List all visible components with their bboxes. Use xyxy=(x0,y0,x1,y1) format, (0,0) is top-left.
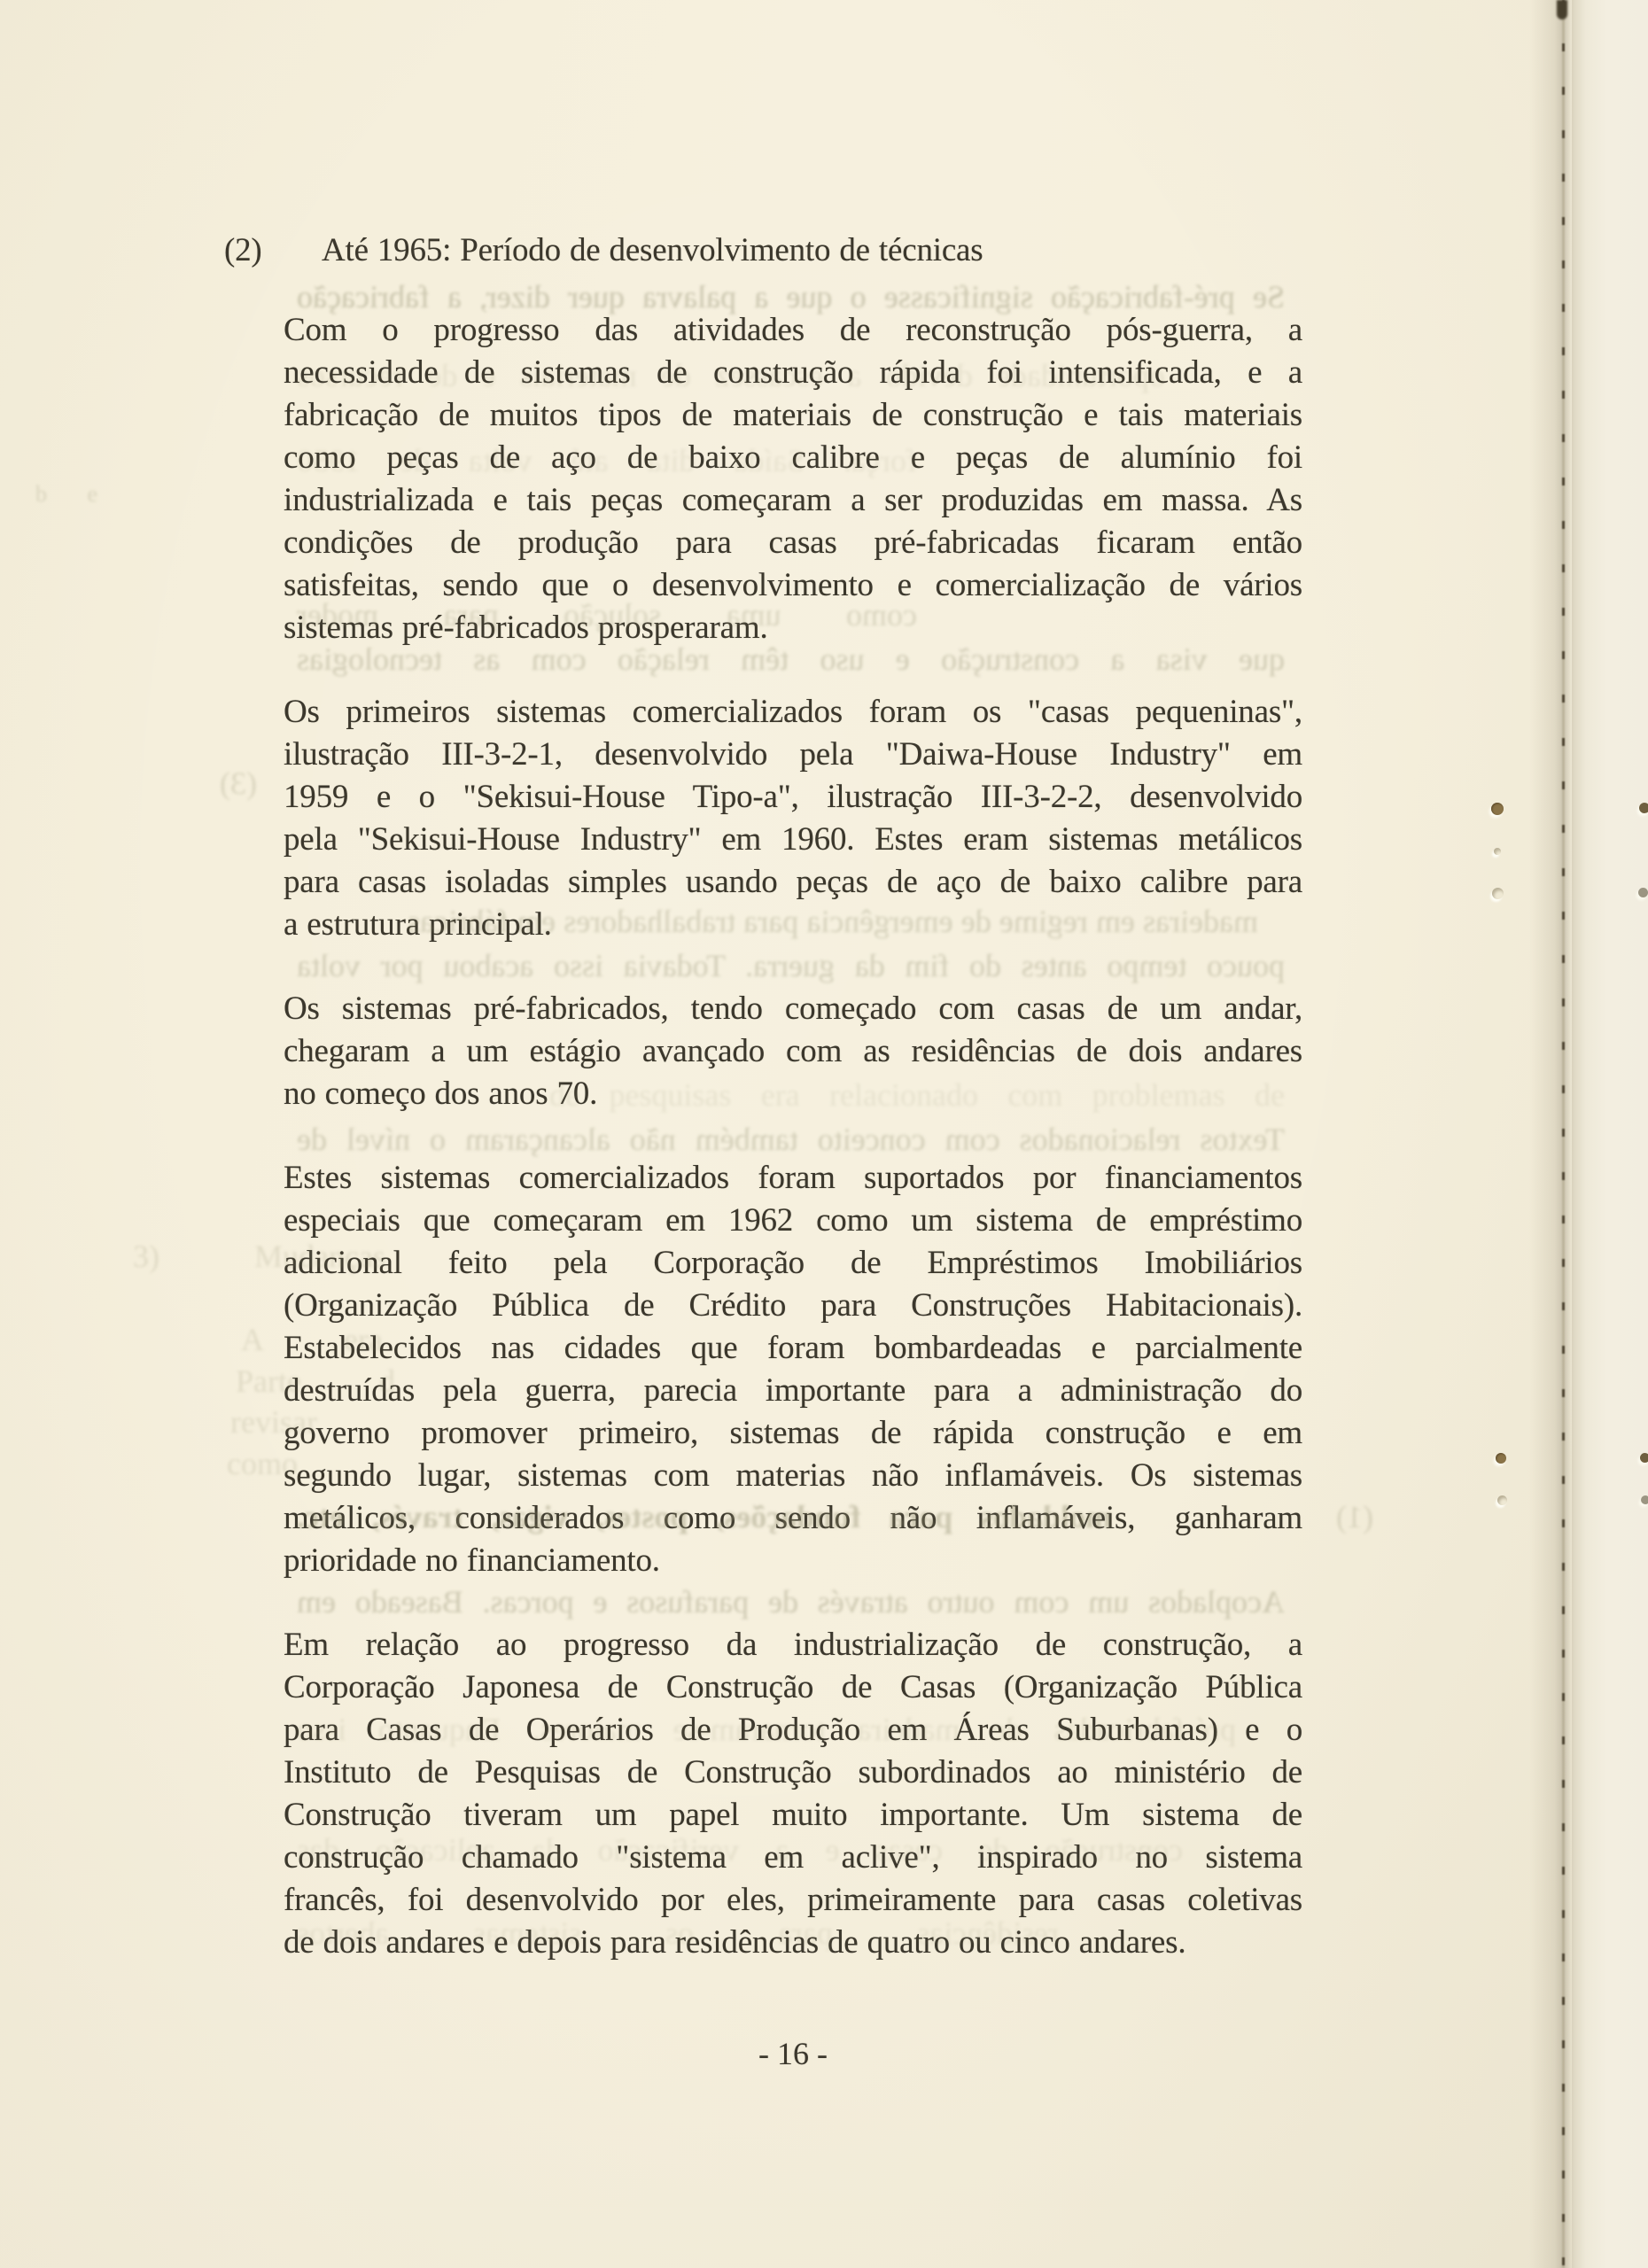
text-line: para casas isoladas simples usando peças… xyxy=(284,861,1302,904)
text-line: como peças de aço de baixo calibre e peç… xyxy=(284,437,1302,479)
text-line: Em relação ao progresso da industrializa… xyxy=(284,1624,1302,1666)
text-column: (2) Até 1965: Período de desenvolvimento… xyxy=(284,229,1302,2006)
bleed-through-text: 3) xyxy=(133,1237,174,1276)
text-line: Instituto de Pesquisas de Construção sub… xyxy=(284,1751,1302,1794)
text-line: adicional feito pela Corporação de Empré… xyxy=(284,1242,1302,1285)
page-number: - 16 - xyxy=(284,2035,1302,2072)
text-line: para Casas de Operários de Produção em Á… xyxy=(284,1709,1302,1751)
text-line: ilustração III-3-2-1, desenvolvido pela … xyxy=(284,734,1302,776)
adjacent-page-edge xyxy=(1572,0,1648,2268)
text-line: de dois andares e depois para residência… xyxy=(284,1922,1302,1964)
text-line: governo promover primeiro, sistemas de r… xyxy=(284,1412,1302,1455)
text-line: Corporação Japonesa de Construção de Cas… xyxy=(284,1666,1302,1709)
section-number: (2) xyxy=(224,229,262,272)
text-line: 1959 e o "Sekisui-House Tipo-a", ilustra… xyxy=(284,776,1302,819)
paper-speck xyxy=(1639,803,1648,813)
paragraph-4: Estes sistemas comercializados foram sup… xyxy=(284,1157,1302,1582)
text-line: metálicos, considerados como sendo não i… xyxy=(284,1497,1302,1540)
text-line: a estrutura principal. xyxy=(284,904,1302,946)
paragraph-1: Com o progresso das atividades de recons… xyxy=(284,309,1302,649)
paper-speck xyxy=(1492,888,1504,899)
bleed-through-text: (3) xyxy=(204,764,257,803)
section-heading: (2) Até 1965: Período de desenvolvimento… xyxy=(284,229,1302,272)
text-line: Estes sistemas comercializados foram sup… xyxy=(284,1157,1302,1200)
text-line: Construção tiveram um papel muito import… xyxy=(284,1794,1302,1837)
text-line: Os sistemas pré-fabricados, tendo começa… xyxy=(284,988,1302,1030)
paper-speck xyxy=(1494,848,1501,855)
body-paragraphs: Com o progresso das atividades de recons… xyxy=(284,309,1302,1964)
text-line: industrializada e tais peças começaram a… xyxy=(284,479,1302,522)
paper-speck xyxy=(1497,1495,1507,1505)
text-line: condições de produção para casas pré-fab… xyxy=(284,522,1302,564)
section-title: Até 1965: Período de desenvolvimento de … xyxy=(322,229,983,272)
bleed-through-text: (1) xyxy=(1311,1497,1373,1536)
text-line: prioridade no financiamento. xyxy=(284,1540,1302,1582)
text-line: (Organização Pública de Crédito para Con… xyxy=(284,1285,1302,1327)
scanned-book-page: (2) Até 1965: Período de desenvolvimento… xyxy=(0,0,1648,2268)
text-line: sistemas pré-fabricados prosperaram. xyxy=(284,607,1302,649)
binding-crease-line xyxy=(1562,0,1565,2268)
text-line: destruídas pela guerra, parecia importan… xyxy=(284,1370,1302,1412)
text-line: construção chamado "sistema em aclive", … xyxy=(284,1837,1302,1879)
paper-speck xyxy=(1496,1453,1506,1464)
paragraph-2: Os primeiros sistemas comercializados fo… xyxy=(284,691,1302,946)
text-line: Os primeiros sistemas comercializados fo… xyxy=(284,691,1302,734)
paper-speck xyxy=(1638,888,1648,897)
paper-speck xyxy=(1640,1453,1648,1463)
text-line: fabricação de muitos tipos de materiais … xyxy=(284,394,1302,437)
text-line: Estabelecidos nas cidades que foram bomb… xyxy=(284,1327,1302,1370)
paragraph-5: Em relação ao progresso da industrializa… xyxy=(284,1624,1302,1964)
text-line: satisfeitas, sendo que o desenvolvimento… xyxy=(284,564,1302,607)
binding-gutter-shadow xyxy=(1529,0,1575,2268)
text-line: chegaram a um estágio avançado com as re… xyxy=(284,1030,1302,1073)
text-line: necessidade de sistemas de construção rá… xyxy=(284,352,1302,394)
text-line: especiais que começaram em 1962 como um … xyxy=(284,1200,1302,1242)
paper-speck xyxy=(1641,1495,1648,1504)
text-line: pela "Sekisui-House Industry" em 1960. E… xyxy=(284,819,1302,861)
binding-top-mark xyxy=(1557,0,1567,19)
paragraph-3: Os sistemas pré-fabricados, tendo começa… xyxy=(284,988,1302,1115)
text-line: segundo lugar, sistemas com materias não… xyxy=(284,1455,1302,1497)
bleed-through-text: b e xyxy=(35,475,97,514)
paper-speck xyxy=(1491,803,1504,815)
text-line: no começo dos anos 70. xyxy=(284,1073,1302,1115)
text-line: Com o progresso das atividades de recons… xyxy=(284,309,1302,352)
text-line: francês, foi desenvolvido por eles, prim… xyxy=(284,1879,1302,1922)
